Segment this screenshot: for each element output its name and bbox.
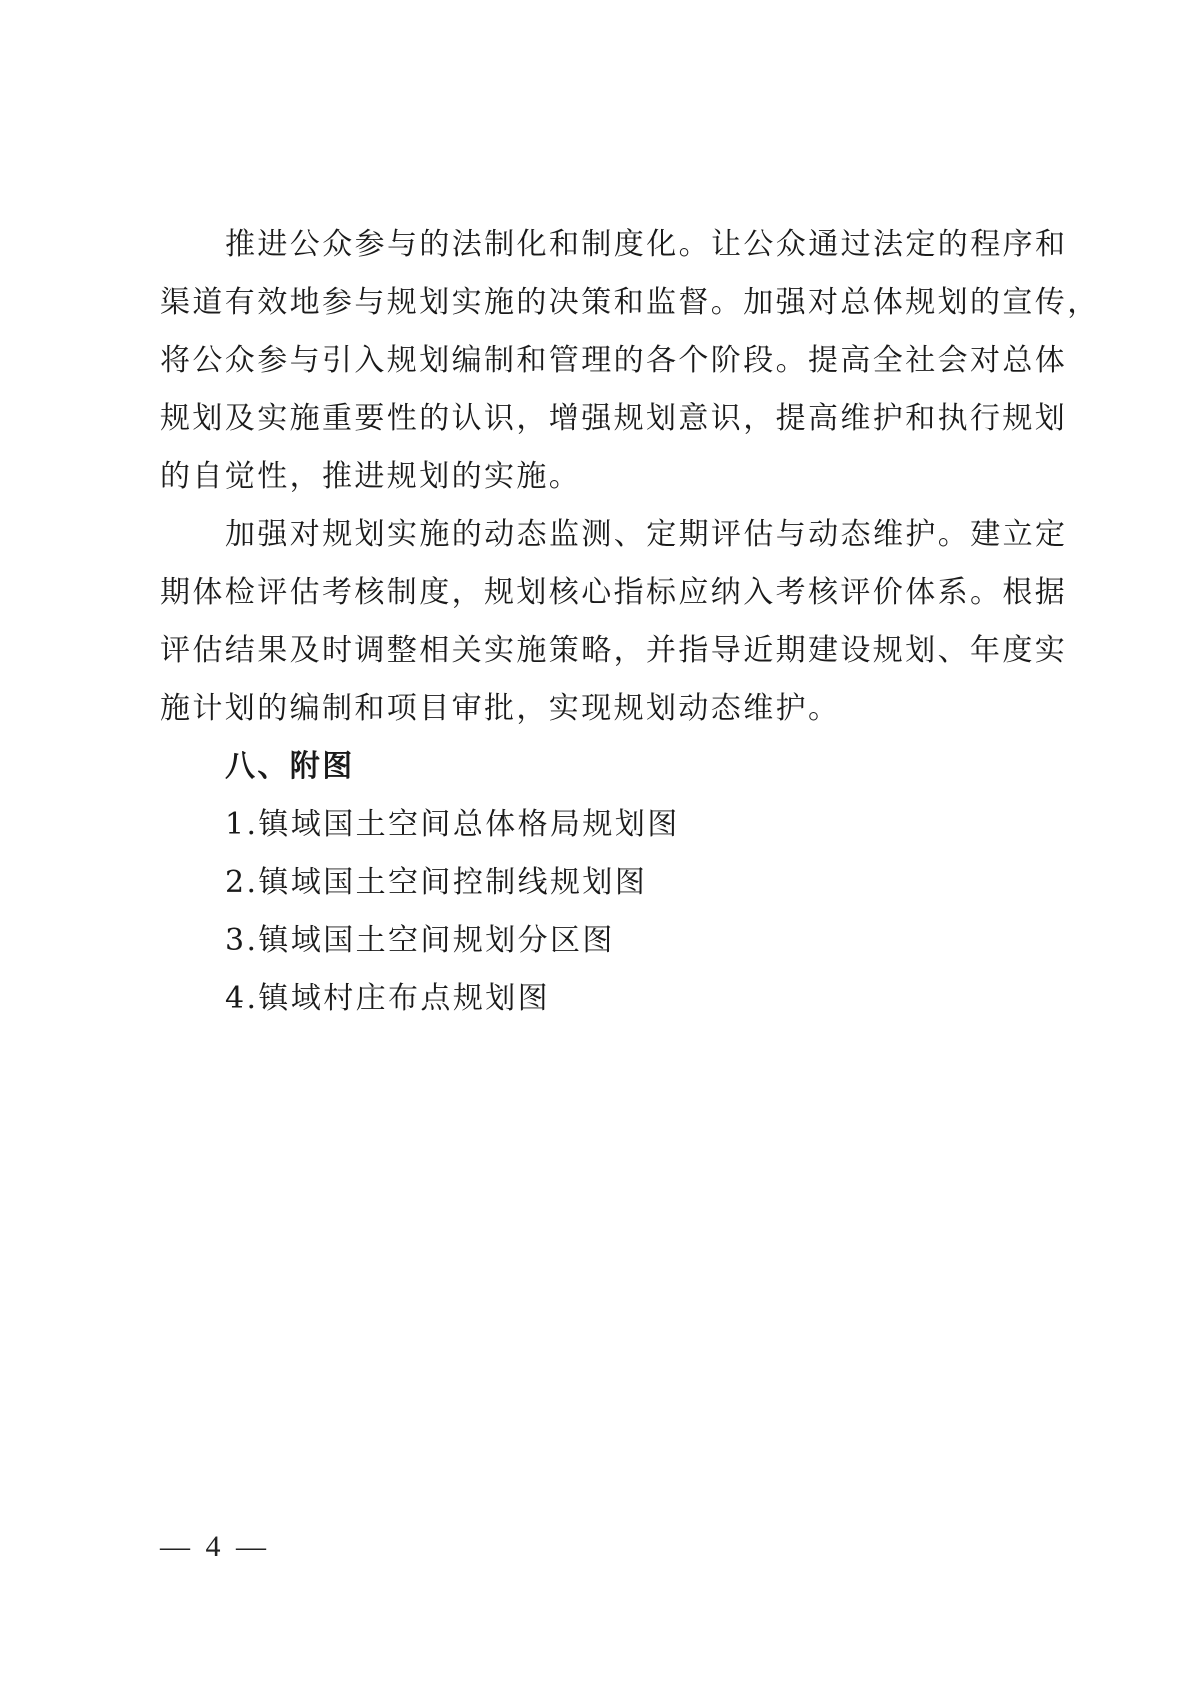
list-item: 2.镇域国土空间控制线规划图 bbox=[160, 854, 1040, 912]
text-line: 施计划的编制和项目审批，实现规划动态维护。 bbox=[160, 680, 1040, 738]
list-item: 4.镇域村庄布点规划图 bbox=[160, 970, 1040, 1028]
paragraph-public-participation: 推进公众参与的法制化和制度化。让公众通过法定的程序和 渠道有效地参与规划实施的决… bbox=[160, 216, 1040, 506]
text-line: 推进公众参与的法制化和制度化。让公众通过法定的程序和 bbox=[160, 216, 1040, 274]
text-line: 加强对规划实施的动态监测、定期评估与动态维护。建立定 bbox=[160, 506, 1040, 564]
section-heading: 八、附图 bbox=[160, 738, 1040, 796]
text-line: 评估结果及时调整相关实施策略，并指导近期建设规划、年度实 bbox=[160, 622, 1040, 680]
text-line: 规划及实施重要性的认识，增强规划意识，提高维护和执行规划 bbox=[160, 390, 1040, 448]
list-item: 3.镇域国土空间规划分区图 bbox=[160, 912, 1040, 970]
document-page: 推进公众参与的法制化和制度化。让公众通过法定的程序和 渠道有效地参与规划实施的决… bbox=[160, 216, 1040, 1028]
text-line: 的自觉性，推进规划的实施。 bbox=[160, 448, 1040, 506]
page-number: — 4 — bbox=[160, 1530, 270, 1564]
attachment-list: 1.镇域国土空间总体格局规划图 2.镇域国土空间控制线规划图 3.镇域国土空间规… bbox=[160, 796, 1040, 1028]
text-line: 期体检评估考核制度，规划核心指标应纳入考核评价体系。根据 bbox=[160, 564, 1040, 622]
text-line: 将公众参与引入规划编制和管理的各个阶段。提高全社会对总体 bbox=[160, 332, 1040, 390]
paragraph-dynamic-monitoring: 加强对规划实施的动态监测、定期评估与动态维护。建立定 期体检评估考核制度，规划核… bbox=[160, 506, 1040, 738]
list-item: 1.镇域国土空间总体格局规划图 bbox=[160, 796, 1040, 854]
text-line: 渠道有效地参与规划实施的决策和监督。加强对总体规划的宣传， bbox=[160, 274, 1040, 332]
